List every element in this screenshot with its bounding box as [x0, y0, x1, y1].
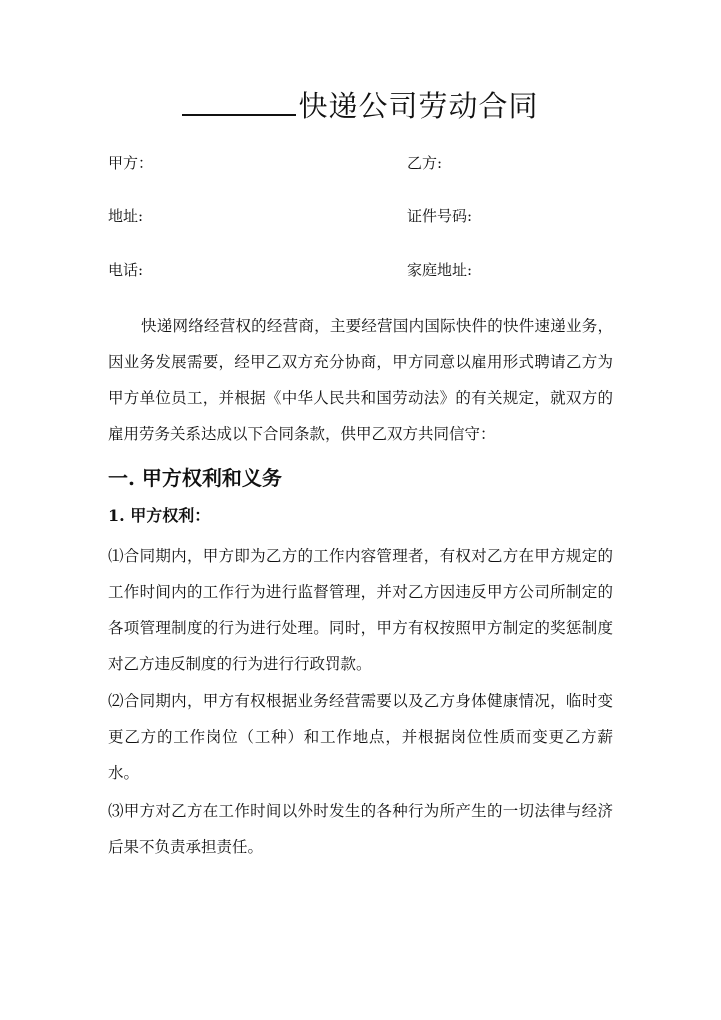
company-name-blank — [182, 86, 296, 116]
subsection-heading: 1. 甲方权利： — [108, 504, 210, 528]
address-label: 地址: — [108, 206, 143, 226]
clause-1: ⑴合同期内，甲方即为乙方的工作内容管理者，有权对乙方在甲方规定的工作时间内的工作… — [108, 538, 613, 682]
clause-3: ⑶甲方对乙方在工作时间以外时发生的各种行为所产生的一切法律与经济后果不负责承担责… — [108, 793, 613, 865]
section-heading: 一. 甲方权利和义务 — [108, 464, 282, 492]
phone-label: 电话: — [108, 260, 143, 280]
id-number-label: 证件号码: — [407, 206, 472, 226]
document-title: 快递公司劳动合同 — [0, 86, 721, 126]
home-address-label: 家庭地址: — [407, 260, 472, 280]
party-b-label: 乙方: — [407, 153, 442, 173]
intro-paragraph: 快递网络经营权的经营商，主要经营国内国际快件的快件速递业务，因业务发展需要，经甲… — [108, 308, 613, 452]
party-a-label: 甲方： — [108, 153, 153, 173]
clause-2: ⑵合同期内，甲方有权根据业务经营需要以及乙方身体健康情况，临时变更乙方的工作岗位… — [108, 683, 613, 791]
title-text: 快递公司劳动合同 — [298, 89, 538, 123]
